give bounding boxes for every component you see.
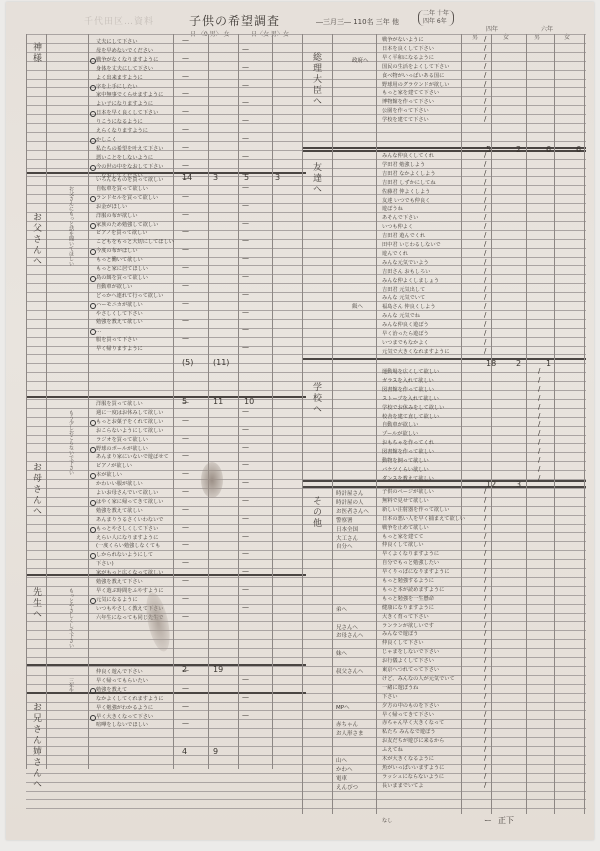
- circle-mark-icon: [90, 58, 96, 64]
- tally-mark: —: [242, 254, 249, 262]
- rule-line-right: [302, 132, 586, 133]
- tally-mark: /: [484, 204, 486, 212]
- response-row: みんなで遊ぼう: [382, 630, 486, 639]
- tally-mark: /: [484, 62, 486, 70]
- tally-mark: /: [484, 213, 486, 221]
- tally-mark: —: [242, 325, 249, 333]
- tally-mark: —: [182, 451, 189, 459]
- response-row: みんな元気でいよう: [382, 259, 486, 268]
- tally-mark: —: [242, 603, 249, 611]
- column-line: [46, 34, 47, 769]
- rule-line-left: [26, 808, 306, 809]
- rule-line-right: [302, 363, 586, 364]
- recipient-label: MPへ: [336, 703, 350, 711]
- bracket-label: 政府へ: [352, 56, 369, 64]
- section-total: 10: [244, 397, 254, 406]
- footer-tally: 正下: [498, 815, 514, 826]
- section-divider: [302, 147, 586, 149]
- column-line: [302, 34, 303, 814]
- response-row: もっと家を建てて: [382, 533, 486, 542]
- tally-mark: /: [484, 53, 486, 61]
- tally-mark: /: [484, 231, 486, 239]
- tally-mark: —: [242, 343, 249, 351]
- section-total: (5): [182, 358, 193, 367]
- tally-mark: —: [182, 469, 189, 477]
- rule-line-left: [26, 34, 306, 35]
- circle-mark-icon: [90, 715, 96, 721]
- section-total: 18: [486, 359, 496, 368]
- recipient-label: 兄さんへ: [336, 623, 358, 631]
- response-row: 赤ちゃん早く大きくなって: [382, 719, 486, 728]
- section-total: 6: [576, 145, 581, 154]
- response-row: 健康になりますように: [382, 604, 486, 613]
- tally-mark: —: [182, 174, 189, 182]
- tally-mark: /: [538, 447, 540, 455]
- tally-mark: /: [484, 745, 486, 753]
- recipient-label: 警察署: [336, 516, 353, 524]
- tally-mark: /: [484, 692, 486, 700]
- response-row: 校舎を建て直して欲しい: [382, 413, 486, 422]
- recipient-label: 時計屋さん: [336, 489, 364, 497]
- rule-line-left: [26, 390, 306, 391]
- footer-label: なし: [382, 817, 392, 826]
- tally-mark: /: [484, 240, 486, 248]
- tally-mark: —: [182, 299, 189, 307]
- tally-mark: —: [182, 281, 189, 289]
- recipient-label: かわへ: [336, 765, 353, 773]
- tally-mark: /: [484, 178, 486, 186]
- tally-mark: /: [538, 376, 540, 384]
- tally-mark: —: [182, 227, 189, 235]
- tally-mark: —: [242, 478, 249, 486]
- recipient-label: お医者さんへ: [336, 507, 369, 515]
- section-total: 3: [275, 173, 280, 182]
- tally-mark: /: [538, 385, 540, 393]
- tally-mark: /: [484, 532, 486, 540]
- section-total: 2: [516, 359, 521, 368]
- tally-mark: /: [484, 540, 486, 548]
- tally-mark: /: [538, 420, 540, 428]
- tally-mark: /: [484, 523, 486, 531]
- response-row: 動物を飼って欲しい: [382, 457, 486, 466]
- circle-mark-icon: [90, 688, 96, 694]
- tally-mark: /: [484, 160, 486, 168]
- recipient-label: えんぴつ: [336, 783, 358, 791]
- tally-mark: —: [182, 54, 189, 62]
- column-line: [238, 34, 239, 769]
- recipient-label: 赤ちゃん: [336, 720, 358, 728]
- tally-mark: /: [484, 267, 486, 275]
- section-heading: 神様: [30, 42, 43, 64]
- tally-mark: /: [484, 576, 486, 584]
- response-row: 早く帰りますように: [96, 345, 204, 354]
- bracket-label: 級へ: [352, 302, 363, 310]
- response-row: 一緒に遊ぼうね: [382, 684, 486, 693]
- tally-mark: /: [538, 412, 540, 420]
- tally-mark: /: [484, 781, 486, 789]
- tally-mark: /: [538, 474, 540, 482]
- tally-mark: —: [182, 245, 189, 253]
- tally-mark: —: [182, 89, 189, 97]
- tally-mark: —: [242, 308, 249, 316]
- tally-mark: /: [484, 710, 486, 718]
- section-total: 4: [182, 747, 187, 756]
- tally-mark: —: [242, 675, 249, 683]
- recipient-label: 日本全国: [336, 525, 358, 533]
- tally-mark: /: [538, 394, 540, 402]
- response-row: 佐藤君 仲よくしよう: [382, 188, 486, 197]
- response-row: 遊んでくれ: [382, 250, 486, 259]
- tally-mark: /: [484, 514, 486, 522]
- response-row: 図書館を作って欲しい: [382, 448, 486, 457]
- tally-mark: —: [182, 540, 189, 548]
- tally-mark: /: [484, 97, 486, 105]
- circle-mark-icon: [90, 138, 96, 144]
- tally-mark: /: [484, 549, 486, 557]
- recipient-label: 弟へ: [336, 605, 347, 613]
- tally-mark: —: [242, 116, 249, 124]
- tally-mark: —: [242, 219, 249, 227]
- tally-mark: /: [484, 320, 486, 328]
- response-row: 田中君 いじわるしないで: [382, 241, 486, 250]
- tally-mark: /: [484, 329, 486, 337]
- tally-mark: /: [484, 196, 486, 204]
- response-row: 早く平和になるように: [382, 54, 486, 63]
- tally-mark: /: [484, 285, 486, 293]
- section-total: 1: [546, 359, 551, 368]
- response-row: 元気で大きくなれますように: [382, 348, 486, 357]
- response-row: 戦争を止めて欲しい: [382, 524, 486, 533]
- tally-mark: /: [484, 249, 486, 257]
- tally-mark: —: [182, 702, 189, 710]
- tally-mark: /: [484, 151, 486, 159]
- tally-mark: /: [538, 438, 540, 446]
- response-row: 魚がいっぱいいますように: [382, 764, 486, 773]
- recipient-label: お人形さま: [336, 729, 364, 737]
- response-row: いつも仲よく: [382, 223, 486, 232]
- side-note: お父さんにもっと話を聞いてほしい: [68, 186, 74, 306]
- recipient-label: 叔父さんへ: [336, 667, 363, 675]
- response-row: プールが欲しい: [382, 430, 486, 439]
- response-row: もっと勉強するように: [382, 577, 486, 586]
- response-row: あそんで下さい: [382, 214, 486, 223]
- response-row: 新しい注射器を作って欲しい: [382, 506, 486, 515]
- section-total: 3: [213, 173, 218, 182]
- section-heading: その他: [310, 496, 323, 529]
- tally-mark: /: [484, 647, 486, 655]
- recipient-label: 自分へ: [336, 542, 353, 550]
- tally-mark: —: [182, 192, 189, 200]
- section-divider: [26, 396, 306, 398]
- tally-mark: —: [242, 183, 249, 191]
- tally-mark: —: [182, 125, 189, 133]
- col-group-4: 六年: [541, 24, 553, 33]
- tally-mark: /: [484, 763, 486, 771]
- rule-line-right: [302, 808, 586, 809]
- tally-mark: —: [182, 210, 189, 218]
- footer-tally: ー: [484, 815, 492, 826]
- tally-mark: —: [242, 585, 249, 593]
- response-row: 下さい: [382, 693, 486, 702]
- response-row: ストーブを入れて欲しい: [382, 395, 486, 404]
- tally-mark: /: [484, 505, 486, 513]
- tally-mark: —: [242, 272, 249, 280]
- side-note: 三年生: [68, 678, 74, 798]
- response-row: 早くりっぱになりますように: [382, 568, 486, 577]
- response-row: 木が大きくなるように: [382, 755, 486, 764]
- tally-mark: —: [182, 161, 189, 169]
- section-total: (11): [213, 358, 229, 367]
- response-row: 公園を作って下さい: [382, 107, 486, 116]
- response-row: ガラスを入れて欲しい: [382, 377, 486, 386]
- response-row: 大きく育って下さい: [382, 613, 486, 622]
- column-line: [491, 34, 492, 814]
- tally-mark: /: [484, 276, 486, 284]
- tally-mark: —: [242, 236, 249, 244]
- section-heading: お父さんへ: [30, 212, 43, 267]
- response-row: 自分でもっと勉強したい: [382, 559, 486, 568]
- response-row: 日本を良くして下さい: [382, 45, 486, 54]
- tally-mark: /: [484, 683, 486, 691]
- response-row: 日本の悪い人を早く捕まえて欲しい: [382, 515, 486, 524]
- circle-mark-icon: [90, 276, 96, 282]
- tally-mark: /: [538, 465, 540, 473]
- water-stain: [201, 462, 223, 498]
- section-heading: お母さんへ: [30, 462, 43, 517]
- tally-mark: /: [538, 429, 540, 437]
- column-line: [332, 34, 333, 814]
- response-row: 福島さん 仲良くしよう: [382, 303, 486, 312]
- tally-mark: —: [242, 496, 249, 504]
- tally-mark: /: [484, 311, 486, 319]
- tally-mark: /: [484, 567, 486, 575]
- recipient-label: 時計屋の人: [336, 498, 364, 506]
- circle-mark-icon: [90, 447, 96, 453]
- response-row: ダンスを教えて欲しい: [382, 475, 486, 484]
- response-row: 吉田君 元気出して: [382, 286, 486, 295]
- circle-mark-icon: [90, 196, 96, 202]
- tally-mark: /: [484, 612, 486, 620]
- tally-mark: —: [182, 487, 189, 495]
- tally-mark: /: [484, 88, 486, 96]
- section-heading: 学校へ: [310, 382, 323, 415]
- circle-mark-icon: [90, 165, 96, 171]
- tally-mark: /: [484, 35, 486, 43]
- tally-mark: —: [182, 107, 189, 115]
- tally-mark: —: [182, 612, 189, 620]
- response-row: 野球用のグラウンドが欲しい: [382, 81, 486, 90]
- response-row: 仲良くして下さい: [382, 639, 486, 648]
- response-row: 国民の生活をよくして下さい: [382, 63, 486, 72]
- circle-mark-icon: [90, 303, 96, 309]
- response-row: バケツくらい欲しい: [382, 466, 486, 475]
- tally-mark: /: [484, 656, 486, 664]
- response-row: 運動場を広くして欲しい: [382, 368, 486, 377]
- response-row: 学校でお休みをして欲しい: [382, 404, 486, 413]
- response-row: みんな 元気でいて: [382, 294, 486, 303]
- tally-mark: /: [484, 585, 486, 593]
- circle-mark-icon: [90, 598, 96, 604]
- tally-mark: /: [484, 665, 486, 673]
- response-row: お友だちが遊びに来るから: [382, 737, 486, 746]
- tally-mark: —: [182, 263, 189, 271]
- section-total: 9: [213, 747, 218, 756]
- tally-mark: /: [484, 772, 486, 780]
- circle-mark-icon: [90, 85, 96, 91]
- tally-mark: —: [182, 719, 189, 727]
- column-line: [26, 34, 27, 769]
- circle-mark-icon: [90, 527, 96, 533]
- tally-mark: /: [538, 456, 540, 464]
- response-row: 無料で見せて欲しい: [382, 497, 486, 506]
- response-row: 博物館を作って下さい: [382, 98, 486, 107]
- tally-mark: /: [484, 71, 486, 79]
- response-row: お行儀よくして下さい: [382, 657, 486, 666]
- tally-mark: /: [484, 187, 486, 195]
- circle-mark-icon: [90, 223, 96, 229]
- tally-mark: /: [484, 736, 486, 744]
- response-row: 食べ物がいっぱいある国に: [382, 72, 486, 81]
- tally-mark: /: [484, 302, 486, 310]
- section-total: 6: [546, 145, 551, 154]
- tally-mark: —: [182, 505, 189, 513]
- tally-mark: —: [182, 523, 189, 531]
- section-heading: お兄さん姉さんへ: [30, 702, 43, 790]
- response-row: 早くよくなりますように: [382, 550, 486, 559]
- recipient-label: お母さんへ: [336, 631, 363, 639]
- response-row: 学校を建てて下さい: [382, 116, 486, 125]
- response-row: 図書館を作って欲しい: [382, 386, 486, 395]
- tally-mark: /: [484, 718, 486, 726]
- column-line: [554, 34, 555, 814]
- column-line: [88, 34, 89, 769]
- response-row: けど、みんなの人が元気でいて: [382, 675, 486, 684]
- column-line: [526, 34, 527, 814]
- tally-mark: /: [484, 106, 486, 114]
- tally-mark: /: [484, 222, 486, 230]
- column-line: [208, 34, 209, 769]
- response-row: 戦争がないように: [382, 36, 486, 45]
- response-row: 自動車が欲しい: [382, 421, 486, 430]
- rule-line-right: [302, 34, 586, 35]
- response-row: みんな 元気でね: [382, 312, 486, 321]
- recipient-label: 大工さん: [336, 534, 358, 542]
- rule-line-right: [302, 799, 586, 800]
- tally-mark: —: [182, 558, 189, 566]
- tally-mark: /: [484, 594, 486, 602]
- tally-mark: —: [242, 98, 249, 106]
- tally-mark: —: [242, 201, 249, 209]
- tally-mark: —: [242, 45, 249, 53]
- tally-mark: /: [484, 496, 486, 504]
- tally-mark: —: [242, 693, 249, 701]
- tally-mark: /: [484, 169, 486, 177]
- response-row: みんな仲良く遊ぼう: [382, 321, 486, 330]
- response-row: もっと勉強を一生懸命: [382, 595, 486, 604]
- tally-mark: /: [538, 367, 540, 375]
- col-group-3: 四年: [486, 24, 498, 33]
- tally-mark: /: [484, 44, 486, 52]
- tally-mark: /: [484, 674, 486, 682]
- response-row: じゃまをしないで下さい: [382, 648, 486, 657]
- response-row: ランランが欲しいです: [382, 622, 486, 631]
- response-row: 長いままでいてよ: [382, 782, 486, 791]
- tally-mark: /: [484, 638, 486, 646]
- response-row: 仲良くして欲しい: [382, 541, 486, 550]
- tally-mark: /: [484, 258, 486, 266]
- grade-note: 二年 十年 四年 6年: [418, 10, 454, 26]
- document-title: 子供の希望調査: [189, 12, 280, 29]
- tally-mark: —: [242, 63, 249, 71]
- tally-mark: —: [242, 711, 249, 719]
- rule-line-left: [26, 372, 306, 373]
- rule-line-left: [26, 354, 306, 355]
- section-total: 5: [486, 145, 491, 154]
- tally-mark: —: [242, 407, 249, 415]
- recipient-label: 電車: [336, 774, 347, 782]
- section-heading: 先生へ: [30, 587, 43, 620]
- response-row: 早く治ったら遊ぼう: [382, 330, 486, 339]
- section-total: 11: [213, 397, 223, 406]
- response-row: みんな仲よくしましょう: [382, 277, 486, 286]
- response-row: ふえてね: [382, 746, 486, 755]
- tally-mark: —: [182, 594, 189, 602]
- tally-mark: —: [242, 549, 249, 557]
- tally-mark: —: [242, 532, 249, 540]
- tally-mark: /: [484, 621, 486, 629]
- tally-mark: —: [242, 514, 249, 522]
- response-row: ラッシュにならないように: [382, 773, 486, 782]
- section-total: 3: [516, 480, 521, 489]
- tally-mark: /: [538, 403, 540, 411]
- response-row: 友達 いつでも仲良く: [382, 197, 486, 206]
- document-subtitle: ―三月三― 110名 三年 他: [316, 17, 399, 27]
- response-row: 吉田君 遊んでくれ: [382, 232, 486, 241]
- column-line: [376, 34, 377, 814]
- tally-mark: —: [242, 425, 249, 433]
- tally-mark: /: [484, 603, 486, 611]
- tally-mark: —: [182, 434, 189, 442]
- tally-mark: —: [242, 134, 249, 142]
- response-row: もっと本が読めますように: [382, 586, 486, 595]
- tally-mark: /: [484, 754, 486, 762]
- response-row: 吉田君 なかよくしよう: [382, 170, 486, 179]
- section-heading: 友達へ: [310, 162, 323, 195]
- response-row: いつまでもなかよく: [382, 339, 486, 348]
- response-row: 吉田さん おもしろい: [382, 268, 486, 277]
- rule-line-left: [26, 363, 306, 364]
- circle-mark-icon: [90, 420, 96, 426]
- rule-line-right: [302, 141, 586, 142]
- section-total: 19: [213, 665, 223, 674]
- recipient-label: 山へ: [336, 756, 347, 764]
- tally-mark: /: [484, 293, 486, 301]
- response-row: 私たち みんなで遊ぼう: [382, 728, 486, 737]
- tally-mark: /: [484, 701, 486, 709]
- column-line: [272, 34, 273, 769]
- circle-mark-icon: [90, 500, 96, 506]
- tally-mark: —: [182, 684, 189, 692]
- section-heading: 総理大臣へ: [310, 52, 323, 107]
- response-row: 夕方の中のものを下さい: [382, 702, 486, 711]
- rule-line-left: [26, 381, 306, 382]
- side-note: もう少しおこらないで下さい: [68, 410, 74, 530]
- tally-mark: —: [182, 666, 189, 674]
- response-row: 子供のページが欲しい: [382, 488, 486, 497]
- section-total: 12: [486, 480, 496, 489]
- rule-line-left: [26, 799, 306, 800]
- faded-stamp: 千代田区…資料: [84, 14, 154, 27]
